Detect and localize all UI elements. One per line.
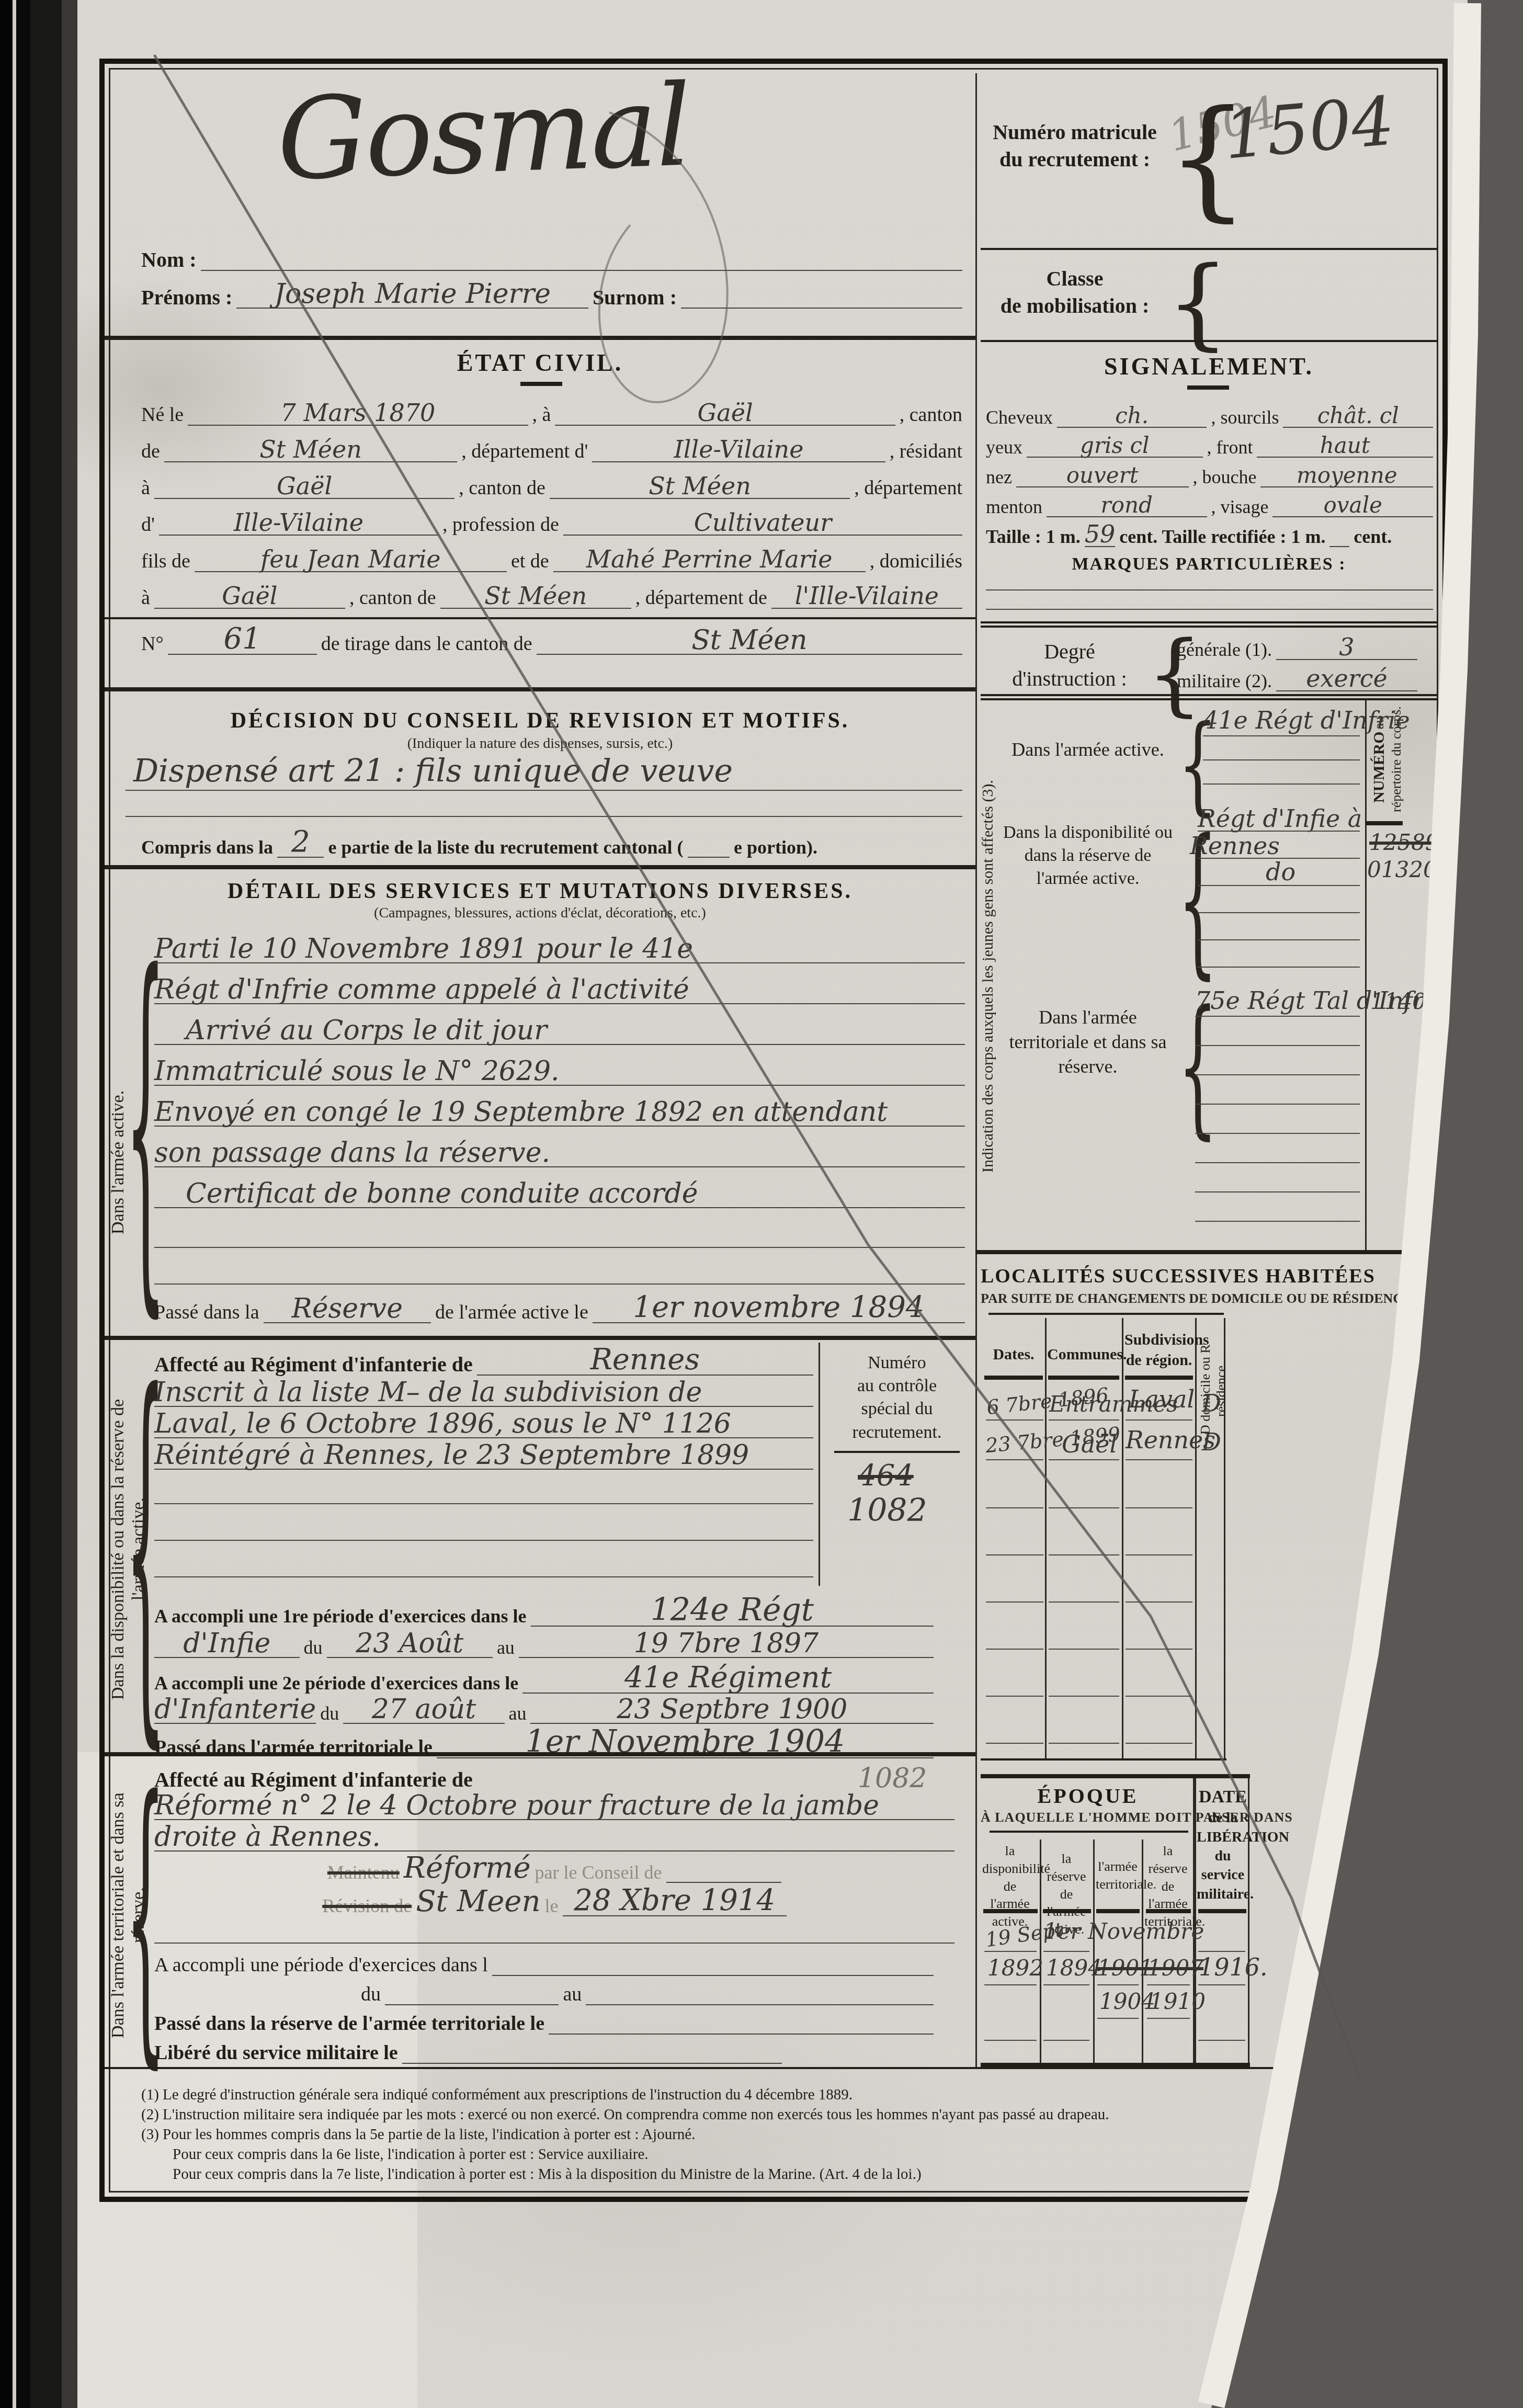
- service-entry-1: Parti le 10 Novembre 1891 pour le 41e: [154, 935, 965, 963]
- corps-numero-header-1: NUMÉRO: [1370, 731, 1388, 803]
- localites-colline-2: [1122, 1318, 1123, 1758]
- surnom-label: Surnom :: [593, 287, 677, 309]
- periode3-dates-row: du au: [361, 1980, 934, 2005]
- corps-g2-struck-number: 12589: [1369, 832, 1439, 854]
- taille-value: 59: [1085, 522, 1116, 547]
- services-title: DÉTAIL DES SERVICES ET MUTATIONS DIVERSE…: [105, 879, 975, 904]
- periode2-regiment: 41e Régiment: [522, 1663, 934, 1694]
- taille-row: Taille : 1 m. 59 cent. Taille rectifiée …: [986, 522, 1433, 547]
- corps-g3-rule-5: [1195, 1133, 1360, 1134]
- epoque-right-edge: [1248, 1778, 1249, 2064]
- taille-rectifiee-label: cent. Taille rectifiée : 1 m.: [1119, 527, 1325, 547]
- localites-col-communes: Communes.: [1047, 1344, 1120, 1365]
- passe-reserve-date: 1er novembre 1894: [593, 1293, 965, 1323]
- nez-label: nez: [986, 468, 1012, 487]
- dep-apostrophe-label: d': [141, 515, 155, 536]
- sourcils-label: , sourcils: [1211, 408, 1279, 428]
- libere-row: Libéré du service militaire le: [154, 2039, 782, 2064]
- periode2-infanterie: d'Infanterie: [154, 1696, 316, 1724]
- corps-g1-rule-2: [1203, 759, 1360, 760]
- reserve-territoriale-label: Passé dans la réserve de l'armée territo…: [154, 2014, 544, 2035]
- book-spine-edge: [0, 0, 77, 2408]
- epoque-v3-struck: 1901: [1097, 1957, 1153, 1979]
- periode1-au-label: au: [497, 1638, 515, 1658]
- localites-blank-rule: [1049, 1696, 1119, 1697]
- numero-controle-divider: [819, 1343, 820, 1586]
- epoque-rule-v5a: [1198, 1951, 1245, 1952]
- inscrit-row: Inscrit à la liste M– de la subdivision …: [154, 1378, 813, 1407]
- classe-label: Classe de mobilisation :: [988, 265, 1161, 320]
- classe-label-line1: Classe: [1047, 267, 1104, 290]
- etat-civil-line-5: fils de feu Jean Marie et de Mahé Perrin…: [141, 546, 962, 572]
- services-divider-bottom: [105, 1336, 975, 1340]
- conseil-de-label: par le Conseil de: [535, 1863, 662, 1883]
- bouche-value: moyenne: [1260, 464, 1433, 487]
- corps-g3-rule-6: [1195, 1162, 1360, 1163]
- localite-row2-dr: D: [1202, 1430, 1221, 1454]
- residant-label: , résidant: [890, 441, 962, 462]
- periode2-dates-row: d'Infanterie du 27 août au 23 Septbre 19…: [154, 1695, 934, 1724]
- epoque-rule-r2-5: [1198, 1984, 1245, 1985]
- epoque-rule-r2-4: [1147, 1984, 1190, 1985]
- footnote-4: Pour ceux compris dans la 6e liste, l'in…: [173, 2146, 649, 2162]
- nom-row: Nom :: [141, 246, 962, 271]
- marques-rule-2: [986, 609, 1433, 610]
- periode2-du-label: du: [320, 1704, 339, 1724]
- parents-canton-value: St Méen: [440, 584, 631, 609]
- localites-blank-rule: [986, 1743, 1043, 1744]
- cheveux-row: Cheveux ch. , sourcils chât. cl: [986, 403, 1433, 428]
- residence-place-value: Gaël: [154, 474, 454, 499]
- corps-g3-rule-4: [1195, 1104, 1360, 1105]
- reforme-row-1: Réformé n° 2 le 4 Octobre pour fracture …: [154, 1791, 954, 1820]
- residence-canton-value: St Méen: [550, 474, 850, 499]
- periode2-row: A accompli une 2e période d'exercices da…: [154, 1662, 934, 1694]
- corps-g3-rule-2: [1195, 1045, 1360, 1046]
- matricule-label: Numéro matricule du recrutement :: [988, 119, 1161, 173]
- instruction-divider-b: [981, 698, 1437, 700]
- corps-g2-entry-3: do: [1266, 860, 1295, 884]
- matricule-value: 1504: [1221, 88, 1397, 169]
- signalement-divider-b: [981, 626, 1437, 628]
- inscrit-row: Laval, le 6 Octobre 1896, sous le N° 112…: [154, 1409, 813, 1438]
- reserve-territoriale-line: [549, 2034, 934, 2035]
- disponibilite-blank-rule-3: [154, 1576, 813, 1577]
- revision-date-hw: 28 Xbre 1914: [563, 1886, 787, 1916]
- a-label: , à: [532, 405, 551, 426]
- compris-partie-value: 2: [277, 827, 324, 858]
- departement-label: , département d': [461, 441, 588, 462]
- birth-departement-value: Ille-Vilaine: [592, 437, 885, 462]
- localites-title: LOCALITÉS SUCCESSIVES HABITÉES: [981, 1265, 1232, 1288]
- localites-colline-3: [1195, 1318, 1197, 1758]
- taille-cent-label: cent.: [1354, 527, 1392, 547]
- localites-head-rule-3: [1125, 1376, 1193, 1380]
- domicilies-label: , domiciliés: [870, 551, 962, 572]
- parents-departement-value: l'Ille-Vilaine: [771, 584, 962, 609]
- epoque-rule-r2-3: [1097, 1984, 1139, 1985]
- localites-blank-rule: [1049, 1743, 1119, 1744]
- affecte-row-1: Affecté au Régiment d'infanterie de Renn…: [154, 1344, 813, 1376]
- generale-value: 3: [1276, 635, 1417, 660]
- inscrit-line-2: Laval, le 6 Octobre 1896, sous le N° 112…: [154, 1410, 813, 1438]
- ne-le-label: Né le: [141, 405, 184, 426]
- epoque-col4-header: la réserve de l'armée territoriale.: [1144, 1842, 1191, 1930]
- service-entry-6: son passage dans la réserve.: [154, 1139, 965, 1167]
- etat-civil-line-2: de St Méen , département d' Ille-Vilaine…: [141, 436, 962, 462]
- disponibilite-divider-bottom: [105, 1752, 975, 1756]
- numero-controle-line3: spécial du: [861, 1399, 933, 1418]
- front-label: , front: [1207, 438, 1253, 458]
- residence-a-label: à: [141, 478, 150, 499]
- periode3-label: A accompli une période d'exercices dans …: [154, 1955, 488, 1976]
- footnote-5: Pour ceux compris dans la 7e liste, l'in…: [173, 2166, 922, 2182]
- canton-label: , canton: [900, 405, 962, 426]
- epoque-subtitle: À LAQUELLE L'HOMME DOIT PASSER DANS: [981, 1810, 1195, 1825]
- surname-signature: Gosmal: [275, 60, 692, 205]
- footnote-2: (2) L'instruction militaire sera indiqué…: [141, 2107, 1109, 2122]
- parents-departement-label: , département de: [635, 588, 767, 609]
- menton-label: menton: [986, 497, 1042, 517]
- residence-departement-value: Ille-Vilaine: [159, 510, 438, 536]
- service-entry-row: Envoyé en congé le 19 Septembre 1892 en …: [154, 1089, 965, 1127]
- affecte-2-numero: 1082: [858, 1765, 927, 1792]
- de-label: de: [141, 441, 160, 462]
- tirage-no-label: N°: [141, 634, 164, 655]
- service-entry-row: son passage dans la réserve.: [154, 1130, 965, 1167]
- periode1-dates-row: d'Infie du 23 Août au 19 7bre 1897: [154, 1629, 934, 1658]
- signalement-divider-a: [981, 621, 1437, 623]
- epoque-date-3: LIBÉRATION: [1197, 1829, 1289, 1845]
- footnote-3: (3) Pour les hommes compris dans la 5e p…: [141, 2127, 695, 2142]
- reserve-territoriale-row: Passé dans la réserve de l'armée territo…: [154, 2009, 934, 2035]
- corps-g1-entry: 41e Régt d'Infrie: [1203, 708, 1410, 732]
- marques-title: MARQUES PARTICULIÈRES :: [981, 554, 1437, 574]
- localites-r1-rule-2: [1049, 1419, 1119, 1421]
- compris-label-2: e partie de la liste du recrutement cant…: [328, 838, 683, 858]
- service-entry-row: Parti le 10 Novembre 1891 pour le 41e: [154, 926, 965, 963]
- localites-r1-rule-3: [1126, 1419, 1192, 1421]
- localites-blank-rule: [1126, 1507, 1192, 1508]
- revision-le-label: le: [545, 1896, 559, 1916]
- decision-divider-bottom: [105, 865, 975, 869]
- epoque-title: ÉPOQUE: [981, 1784, 1195, 1808]
- epoque-colline-2: [1093, 1839, 1095, 2064]
- corps-numero-tick: [1366, 821, 1403, 825]
- sourcils-value: chât. cl: [1283, 405, 1433, 428]
- epoque-rule-r4-2: [1043, 2040, 1089, 2041]
- periode1-date-fin: 19 7bre 1897: [519, 1630, 934, 1658]
- localites-blank-rule: [1126, 1696, 1192, 1697]
- corps-g2-rule-6: [1198, 967, 1360, 968]
- periode3-du-line: [385, 2004, 559, 2005]
- content-bottom-rule: [105, 2067, 1442, 2069]
- inscrit-line-1: Inscrit à la liste M– de la subdivision …: [154, 1379, 813, 1407]
- inscrit-row: Réintégré à Rennes, le 23 Septembre 1899: [154, 1440, 813, 1470]
- etat-civil-line-4: d' Ille-Vilaine , profession de Cultivat…: [141, 509, 962, 536]
- etat-civil-dash: [520, 382, 562, 386]
- etat-civil-line-3: à Gaël , canton de St Méen , département: [141, 473, 962, 499]
- parents-a-label: à: [141, 588, 150, 609]
- corps-g3-brace: {: [1178, 992, 1218, 1143]
- localites-r2-rule-1: [986, 1459, 1043, 1460]
- corps-side-label: Indication des corps auxquels les jeunes…: [979, 707, 1002, 1246]
- corps-g2-rule-3: [1198, 885, 1360, 886]
- visage-value: ovale: [1272, 494, 1433, 517]
- affecte-label-1: Affecté au Régiment d'infanterie de: [154, 1354, 473, 1376]
- bouche-label: , bouche: [1193, 468, 1257, 487]
- instruction-label: Degré d'instruction :: [994, 638, 1145, 692]
- localites-subtitle: PAR SUITE DE CHANGEMENTS DE DOMICILE OU …: [981, 1291, 1232, 1307]
- reforme-line-2: droite à Rennes.: [154, 1823, 954, 1852]
- epoque-v4: 1910: [1150, 1991, 1206, 2013]
- localites-blank-rule: [986, 1696, 1043, 1697]
- revision-label: Révision de: [322, 1896, 412, 1916]
- profession-label: , profession de: [442, 515, 559, 536]
- scanned-register-sheet: 1504 Gosmal Nom : Prénoms : Joseph Marie…: [0, 0, 1523, 2408]
- nez-row: nez ouvert , bouche moyenne: [986, 462, 1433, 487]
- periode1-row: A accompli une 1re période d'exercices d…: [154, 1595, 934, 1627]
- matricule-label-line2: du recrutement :: [999, 147, 1150, 171]
- epoque-rule-r4-1: [984, 2040, 1037, 2041]
- numero-controle-line4: recrutement.: [853, 1423, 942, 1442]
- periode2-date-fin: 23 Septbre 1900: [530, 1696, 934, 1724]
- yeux-row: yeux gris cl , front haut: [986, 433, 1433, 458]
- localites-col-subdiv: Subdivisions de région.: [1124, 1330, 1194, 1370]
- numero-controle-struck: 464: [858, 1461, 914, 1491]
- parents-place-value: Gaël: [154, 584, 345, 609]
- fils-de-label: fils de: [141, 551, 190, 572]
- epoque-rule-v1: [984, 1951, 1037, 1952]
- epoque-v3: 1904: [1099, 1991, 1155, 2013]
- instruction-divider-a: [981, 694, 1437, 696]
- taille-label: Taille : 1 m.: [986, 527, 1081, 547]
- epoque-head-rule-3: [1096, 1909, 1140, 1913]
- matricule-label-line1: Numéro matricule: [993, 120, 1157, 144]
- epoque-rule-r2-1: [984, 1984, 1037, 1985]
- paper-page: 1504 Gosmal Nom : Prénoms : Joseph Marie…: [77, 0, 1475, 2408]
- localites-head-rule-1: [984, 1376, 1043, 1380]
- etat-civil-title: ÉTAT CIVIL.: [105, 349, 975, 377]
- epoque-date-4: du service: [1201, 1848, 1244, 1883]
- classe-brace: {: [1166, 253, 1230, 353]
- localites-head-rule-2: [1048, 1376, 1119, 1380]
- reforme-row-2: droite à Rennes.: [154, 1822, 954, 1852]
- epoque-v5: 1916.: [1199, 1955, 1268, 1979]
- decision-rule-1: [126, 790, 962, 791]
- maintenu-line: [666, 1882, 782, 1883]
- service-entry-row: Immatriculé sous le N° 2629.: [154, 1048, 965, 1086]
- passe-reserve-row: Passé dans la Réserve de l'armée active …: [154, 1294, 965, 1323]
- numero-controle-underline: [834, 1451, 960, 1453]
- service-entry-4: Immatriculé sous le N° 2629.: [154, 1058, 965, 1086]
- yeux-label: yeux: [986, 438, 1022, 458]
- periode2-au-label: au: [509, 1704, 527, 1724]
- localites-blank-rule: [1049, 1507, 1119, 1508]
- libere-line: [402, 2063, 782, 2064]
- localite-row1-subdiv: Laval: [1129, 1387, 1195, 1411]
- localites-r2-rule-2: [1049, 1459, 1119, 1460]
- marques-rule-1: [986, 589, 1433, 590]
- corps-g2-rule-4: [1198, 912, 1360, 913]
- maintenu-struck-label: Maintenu: [327, 1863, 400, 1883]
- epoque-rule-v2: [1043, 1951, 1089, 1952]
- instruction-militaire-row: militaire (2). exercé: [1177, 666, 1417, 691]
- disponibilite-blank-rule-1: [154, 1503, 813, 1504]
- militaire-value: exercé: [1276, 666, 1417, 691]
- footnote-1: (1) Le degré d'instruction générale sera…: [141, 2087, 853, 2103]
- epoque-col3-header: l'armée territoriale.: [1096, 1858, 1140, 1893]
- epoque-v2b: 1894: [1046, 1957, 1102, 1979]
- surnom-line: [681, 308, 962, 309]
- corps-divider-bottom: [975, 1250, 1442, 1254]
- service-entry-row: Régt d'Infrie comme appelé à l'activité: [154, 967, 965, 1004]
- classe-label-line2: de mobilisation :: [1001, 294, 1149, 317]
- numero-controle-value: 1082: [847, 1495, 927, 1526]
- service-blank-rule-1: [154, 1247, 965, 1248]
- corps-g1-rule-1: [1203, 735, 1360, 736]
- epoque-v2a: 1er Novembre: [1043, 1921, 1204, 1943]
- residence-departement-label: , département: [854, 478, 962, 499]
- corps-g2-entry-1: Régt d'Infie à: [1198, 807, 1362, 831]
- epoque-rule-r4-5: [1198, 2040, 1245, 2041]
- affecte-row-2: Affecté au Régiment d'infanterie de: [154, 1762, 813, 1791]
- localite-row1-dr: D: [1202, 1391, 1221, 1415]
- tirage-number-value: 61: [168, 624, 317, 655]
- tirage-divider-bottom: [105, 687, 975, 691]
- service-entry-5: Envoyé en congé le 19 Septembre 1892 en …: [154, 1098, 965, 1127]
- compris-label-1: Compris dans la: [141, 838, 273, 858]
- decision-title: DÉCISION DU CONSEIL DE REVISION ET MOTIF…: [105, 708, 975, 733]
- corps-g3-rule-3: [1195, 1074, 1360, 1075]
- birth-place-value: Gaël: [555, 401, 895, 426]
- localites-blank-rule: [986, 1601, 1043, 1603]
- service-entry-row: Arrivé au Corps le dit jour: [154, 1007, 965, 1045]
- generale-label: générale (1).: [1177, 640, 1272, 660]
- numero-controle-header: Numéro au contrôle spécial du recrutemen…: [824, 1351, 970, 1444]
- corps-g3-number: 11403: [1370, 991, 1440, 1013]
- localites-blank-rule: [1126, 1601, 1192, 1603]
- localites-blank-rule: [1126, 1743, 1192, 1744]
- prenoms-value: Joseph Marie Pierre: [236, 280, 588, 309]
- epoque-v4-struck: 1907: [1147, 1957, 1203, 1979]
- front-value: haut: [1257, 435, 1433, 458]
- periode2-label: A accompli une 2e période d'exercices da…: [154, 1674, 518, 1694]
- signalement-dash: [1187, 385, 1229, 390]
- affecte-regiment-value-1: Rennes: [477, 1345, 813, 1376]
- column-divider: [975, 73, 977, 2067]
- service-blank-rule-2: [154, 1283, 965, 1285]
- epoque-bottom-rule: [981, 2063, 1250, 2067]
- tirage-canton-value: St Méen: [537, 627, 962, 655]
- numero-controle-line1: Numéro: [868, 1353, 926, 1372]
- nom-label: Nom :: [141, 249, 197, 271]
- armee-active-le-label: de l'armée active le: [435, 1302, 588, 1323]
- localites-blank-rule: [1049, 1554, 1119, 1555]
- periode3-au-label: au: [563, 1984, 582, 2005]
- localites-blank-rule: [1049, 1649, 1119, 1650]
- etat-civil-line-6: à Gaël , canton de St Méen , département…: [141, 583, 962, 609]
- reforme-hw: Réformé: [404, 1854, 531, 1883]
- parents-canton-label: , canton de: [349, 588, 436, 609]
- menton-row: menton rond , visage ovale: [986, 492, 1433, 517]
- epoque-date-2: de la: [1208, 1810, 1238, 1826]
- birth-canton-value: St Méen: [164, 437, 457, 462]
- epoque-head-rule-4: [1146, 1909, 1191, 1913]
- residence-canton-label: , canton de: [459, 478, 545, 499]
- epoque-flourish: [990, 1831, 1188, 1833]
- instruction-generale-row: générale (1). 3: [1177, 635, 1417, 660]
- tirage-row: N° 61 de tirage dans le canton de St Mée…: [141, 628, 962, 655]
- epoque-head-rule-2: [1043, 1909, 1091, 1913]
- epoque-top-rule: [981, 1774, 1250, 1778]
- localites-blank-rule: [986, 1507, 1043, 1508]
- localites-col-dates: Dates.: [984, 1344, 1043, 1365]
- localite-row2-commune: Gaël: [1062, 1432, 1117, 1456]
- prenoms-row: Prénoms : Joseph Marie Pierre Surnom :: [141, 282, 962, 309]
- inscrit-line-3: Réintégré à Rennes, le 23 Septembre 1899: [154, 1441, 813, 1470]
- militaire-label: militaire (2).: [1177, 672, 1272, 691]
- revision-place-hw: St Meen: [416, 1887, 540, 1916]
- corps-g2-label: Dans la disponibilité ou dans la réserve…: [1002, 821, 1174, 891]
- epoque-date-5: militaire.: [1197, 1886, 1254, 1902]
- corps-g2-entry-2: Rennes: [1190, 834, 1280, 858]
- periode1-infanterie: d'Infie: [154, 1630, 300, 1658]
- service-entry-row: Certificat de bonne conduite accordé: [154, 1171, 965, 1208]
- periode3-row: A accompli une période d'exercices dans …: [154, 1951, 934, 1976]
- affecte-label-2: Affecté au Régiment d'infanterie de: [154, 1769, 473, 1791]
- localites-flourish: [988, 1313, 1224, 1315]
- header-divider: [105, 336, 975, 340]
- profession-value: Cultivateur: [563, 510, 962, 536]
- epoque-rule-r2-2: [1043, 1984, 1089, 1985]
- epoque-v1b: 1892: [987, 1957, 1043, 1979]
- periode1-du-label: du: [304, 1638, 323, 1658]
- periode2-date-debut: 27 août: [343, 1696, 504, 1724]
- epoque-col1-header: la disponibilité de l'armée active.: [982, 1842, 1038, 1930]
- taille-rectifiee-line: [1329, 546, 1349, 547]
- compris-portion-line: [688, 857, 730, 858]
- localites-r1-rule-1: [986, 1419, 1043, 1421]
- epoque-head-rule-1: [983, 1909, 1038, 1913]
- epoque-colline-3: [1142, 1839, 1143, 2064]
- menton-value: rond: [1047, 494, 1207, 517]
- corps-g1-label: Dans l'armée active.: [1002, 737, 1174, 762]
- decision-rule-2: [126, 816, 962, 817]
- service-entry-2: Régt d'Infrie comme appelé à l'activité: [154, 976, 965, 1004]
- localites-colline-1: [1045, 1318, 1047, 1758]
- localites-blank-rule: [986, 1649, 1043, 1650]
- tirage-divider-top: [105, 617, 975, 619]
- periode3-du-label: du: [361, 1984, 381, 2005]
- numero-controle-line2: au contrôle: [857, 1376, 937, 1395]
- cheveux-label: Cheveux: [986, 408, 1053, 428]
- father-name-value: feu Jean Marie: [195, 547, 507, 572]
- service-entry-7: Certificat de bonne conduite accordé: [154, 1180, 965, 1208]
- birth-date-value: 7 Mars 1870: [188, 401, 528, 426]
- corps-g2-number: 013201: [1367, 859, 1451, 881]
- decision-subtitle: (Indiquer la nature des dispenses, sursi…: [105, 735, 975, 752]
- cheveux-value: ch.: [1057, 405, 1207, 428]
- visage-label: , visage: [1211, 497, 1269, 517]
- periode3-au-line: [586, 2004, 934, 2005]
- periode3-line: [492, 1975, 934, 1976]
- corps-numero-divider: [1365, 699, 1367, 1251]
- periode1-regiment: 124e Régt: [531, 1594, 934, 1627]
- periode1-date-debut: 23 Août: [327, 1630, 493, 1658]
- epoque-head-rule-5: [1198, 1909, 1246, 1913]
- epoque-date-header: DATE de la LIBÉRATION du service militai…: [1197, 1786, 1249, 1904]
